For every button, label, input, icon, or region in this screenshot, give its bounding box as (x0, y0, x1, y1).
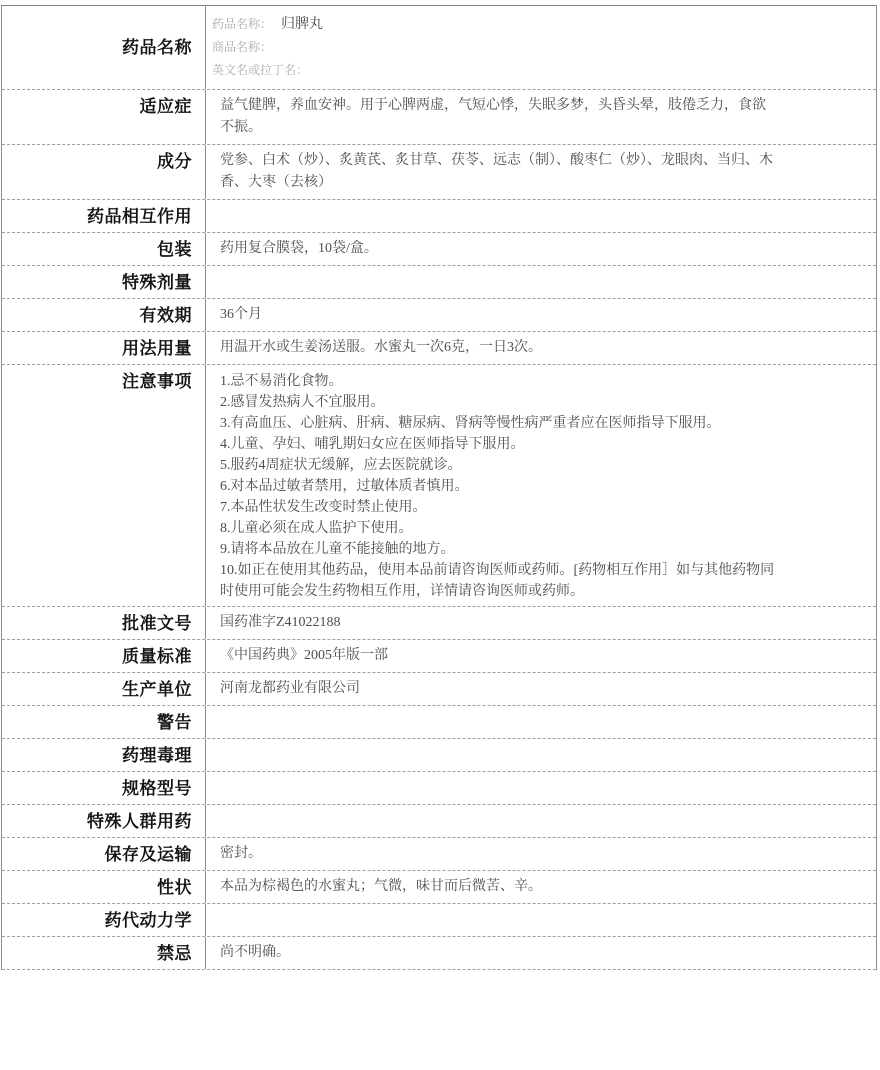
content-line: 河南龙都药业有限公司 (220, 678, 776, 700)
row-label: 特殊剂量 (2, 266, 206, 298)
content-line: 2.感冒发热病人不宜服用。 (220, 392, 776, 413)
content-line: 益气健脾，养血安神。用于心脾两虚，气短心悸，失眠多梦，头昏头晕，肢倦乏力，食欲不… (220, 95, 776, 139)
table-row-special-dosage: 特殊剂量 (2, 266, 876, 299)
row-content: 尚不明确。 (206, 937, 876, 969)
row-label: 质量标准 (2, 640, 206, 672)
row-label: 适应症 (2, 90, 206, 144)
table-row-properties: 性状 本品为棕褐色的水蜜丸；气微，味甘而后微苦、辛。 (2, 871, 876, 904)
table-row-ingredients: 成分 党参、白术（炒）、炙黄芪、炙甘草、茯苓、远志（制）、酸枣仁（炒）、龙眼肉、… (2, 145, 876, 200)
table-row-shelf-life: 有效期 36个月 (2, 299, 876, 332)
content-line: 《中国药典》2005年版一部 (220, 645, 776, 667)
table-row-warning: 警告 (2, 706, 876, 739)
table-row-special-populations: 特殊人群用药 (2, 805, 876, 838)
row-label: 药代动力学 (2, 904, 206, 936)
content-line: 8.儿童必须在成人监护下使用。 (220, 518, 776, 539)
row-content (206, 200, 876, 232)
row-content (206, 904, 876, 936)
content-line: 国药准字Z41022188 (220, 612, 776, 634)
content-line: 药用复合膜袋，10袋/盒。 (220, 238, 776, 260)
row-label: 特殊人群用药 (2, 805, 206, 837)
field-value: 归脾丸 (281, 17, 323, 32)
field-line: 英文名或拉丁名： (212, 59, 776, 82)
row-label: 规格型号 (2, 772, 206, 804)
content-line: 用温开水或生姜汤送服。水蜜丸一次6克，一日3次。 (220, 337, 776, 359)
row-content (206, 739, 876, 771)
row-content: 《中国药典》2005年版一部 (206, 640, 876, 672)
table-row-packaging: 包装 药用复合膜袋，10袋/盒。 (2, 233, 876, 266)
row-content: 药品名称：归脾丸商品名称：英文名或拉丁名： (206, 6, 876, 89)
table-row-dosage: 用法用量 用温开水或生姜汤送服。水蜜丸一次6克，一日3次。 (2, 332, 876, 365)
content-line: 密封。 (220, 843, 776, 865)
row-label: 生产单位 (2, 673, 206, 705)
row-label: 药品相互作用 (2, 200, 206, 232)
content-line: 7.本品性状发生改变时禁止使用。 (220, 497, 776, 518)
row-content: 本品为棕褐色的水蜜丸；气微，味甘而后微苦、辛。 (206, 871, 876, 903)
row-label: 用法用量 (2, 332, 206, 364)
table-row-manufacturer: 生产单位 河南龙都药业有限公司 (2, 673, 876, 706)
row-label: 性状 (2, 871, 206, 903)
row-content (206, 772, 876, 804)
content-line: 5.服药4周症状无缓解，应去医院就诊。 (220, 455, 776, 476)
table-row-precautions: 注意事项 1.忌不易消化食物。2.感冒发热病人不宜服用。3.有高血压、心脏病、肝… (2, 365, 876, 607)
row-content: 药用复合膜袋，10袋/盒。 (206, 233, 876, 265)
row-label: 有效期 (2, 299, 206, 331)
row-label: 成分 (2, 145, 206, 199)
content-line: 9.请将本品放在儿童不能接触的地方。 (220, 539, 776, 560)
row-content: 密封。 (206, 838, 876, 870)
content-line: 10.如正在使用其他药品，使用本品前请咨询医师或药师。[药物相互作用］如与其他药… (220, 560, 776, 602)
row-label: 警告 (2, 706, 206, 738)
content-line: 党参、白术（炒）、炙黄芪、炙甘草、茯苓、远志（制）、酸枣仁（炒）、龙眼肉、当归、… (220, 150, 776, 194)
row-content: 36个月 (206, 299, 876, 331)
row-label: 禁忌 (2, 937, 206, 969)
drug-info-table: 药品名称 药品名称：归脾丸商品名称：英文名或拉丁名： 适应症 益气健脾，养血安神… (1, 5, 877, 970)
table-row-pharmacokinetics: 药代动力学 (2, 904, 876, 937)
row-content (206, 706, 876, 738)
row-content: 河南龙都药业有限公司 (206, 673, 876, 705)
content-line: 1.忌不易消化食物。 (220, 371, 776, 392)
field-line: 药品名称：归脾丸 (212, 13, 776, 36)
content-line: 本品为棕褐色的水蜜丸；气微，味甘而后微苦、辛。 (220, 876, 776, 898)
field-label: 商品名称： (212, 40, 272, 54)
table-row-contraindications: 禁忌 尚不明确。 (2, 937, 876, 970)
row-content: 用温开水或生姜汤送服。水蜜丸一次6克，一日3次。 (206, 332, 876, 364)
table-row-approval-number: 批准文号 国药准字Z41022188 (2, 607, 876, 640)
content-line: 3.有高血压、心脏病、肝病、糖尿病、肾病等慢性病严重者应在医师指导下服用。 (220, 413, 776, 434)
row-content (206, 266, 876, 298)
row-label: 包装 (2, 233, 206, 265)
content-line: 尚不明确。 (220, 942, 776, 964)
row-label: 注意事项 (2, 365, 206, 606)
table-row-storage-transport: 保存及运输 密封。 (2, 838, 876, 871)
field-label: 药品名称： (212, 17, 272, 31)
content-line: 4.儿童、孕妇、哺乳期妇女应在医师指导下服用。 (220, 434, 776, 455)
table-row-pharmacology-toxicology: 药理毒理 (2, 739, 876, 772)
table-row-drug-interactions: 药品相互作用 (2, 200, 876, 233)
row-label: 药品名称 (2, 6, 206, 89)
row-content: 国药准字Z41022188 (206, 607, 876, 639)
table-row-drug-name: 药品名称 药品名称：归脾丸商品名称：英文名或拉丁名： (2, 6, 876, 90)
row-content: 党参、白术（炒）、炙黄芪、炙甘草、茯苓、远志（制）、酸枣仁（炒）、龙眼肉、当归、… (206, 145, 876, 199)
field-line: 商品名称： (212, 36, 776, 59)
row-label: 批准文号 (2, 607, 206, 639)
row-content: 1.忌不易消化食物。2.感冒发热病人不宜服用。3.有高血压、心脏病、肝病、糖尿病… (206, 365, 876, 606)
content-line: 6.对本品过敏者禁用，过敏体质者慎用。 (220, 476, 776, 497)
row-content (206, 805, 876, 837)
table-row-quality-standard: 质量标准 《中国药典》2005年版一部 (2, 640, 876, 673)
table-row-indications: 适应症 益气健脾，养血安神。用于心脾两虚，气短心悸，失眠多梦，头昏头晕，肢倦乏力… (2, 90, 876, 145)
row-content: 益气健脾，养血安神。用于心脾两虚，气短心悸，失眠多梦，头昏头晕，肢倦乏力，食欲不… (206, 90, 876, 144)
row-label: 保存及运输 (2, 838, 206, 870)
table-row-specification-model: 规格型号 (2, 772, 876, 805)
content-line: 36个月 (220, 304, 776, 326)
field-label: 英文名或拉丁名： (212, 63, 308, 77)
row-label: 药理毒理 (2, 739, 206, 771)
